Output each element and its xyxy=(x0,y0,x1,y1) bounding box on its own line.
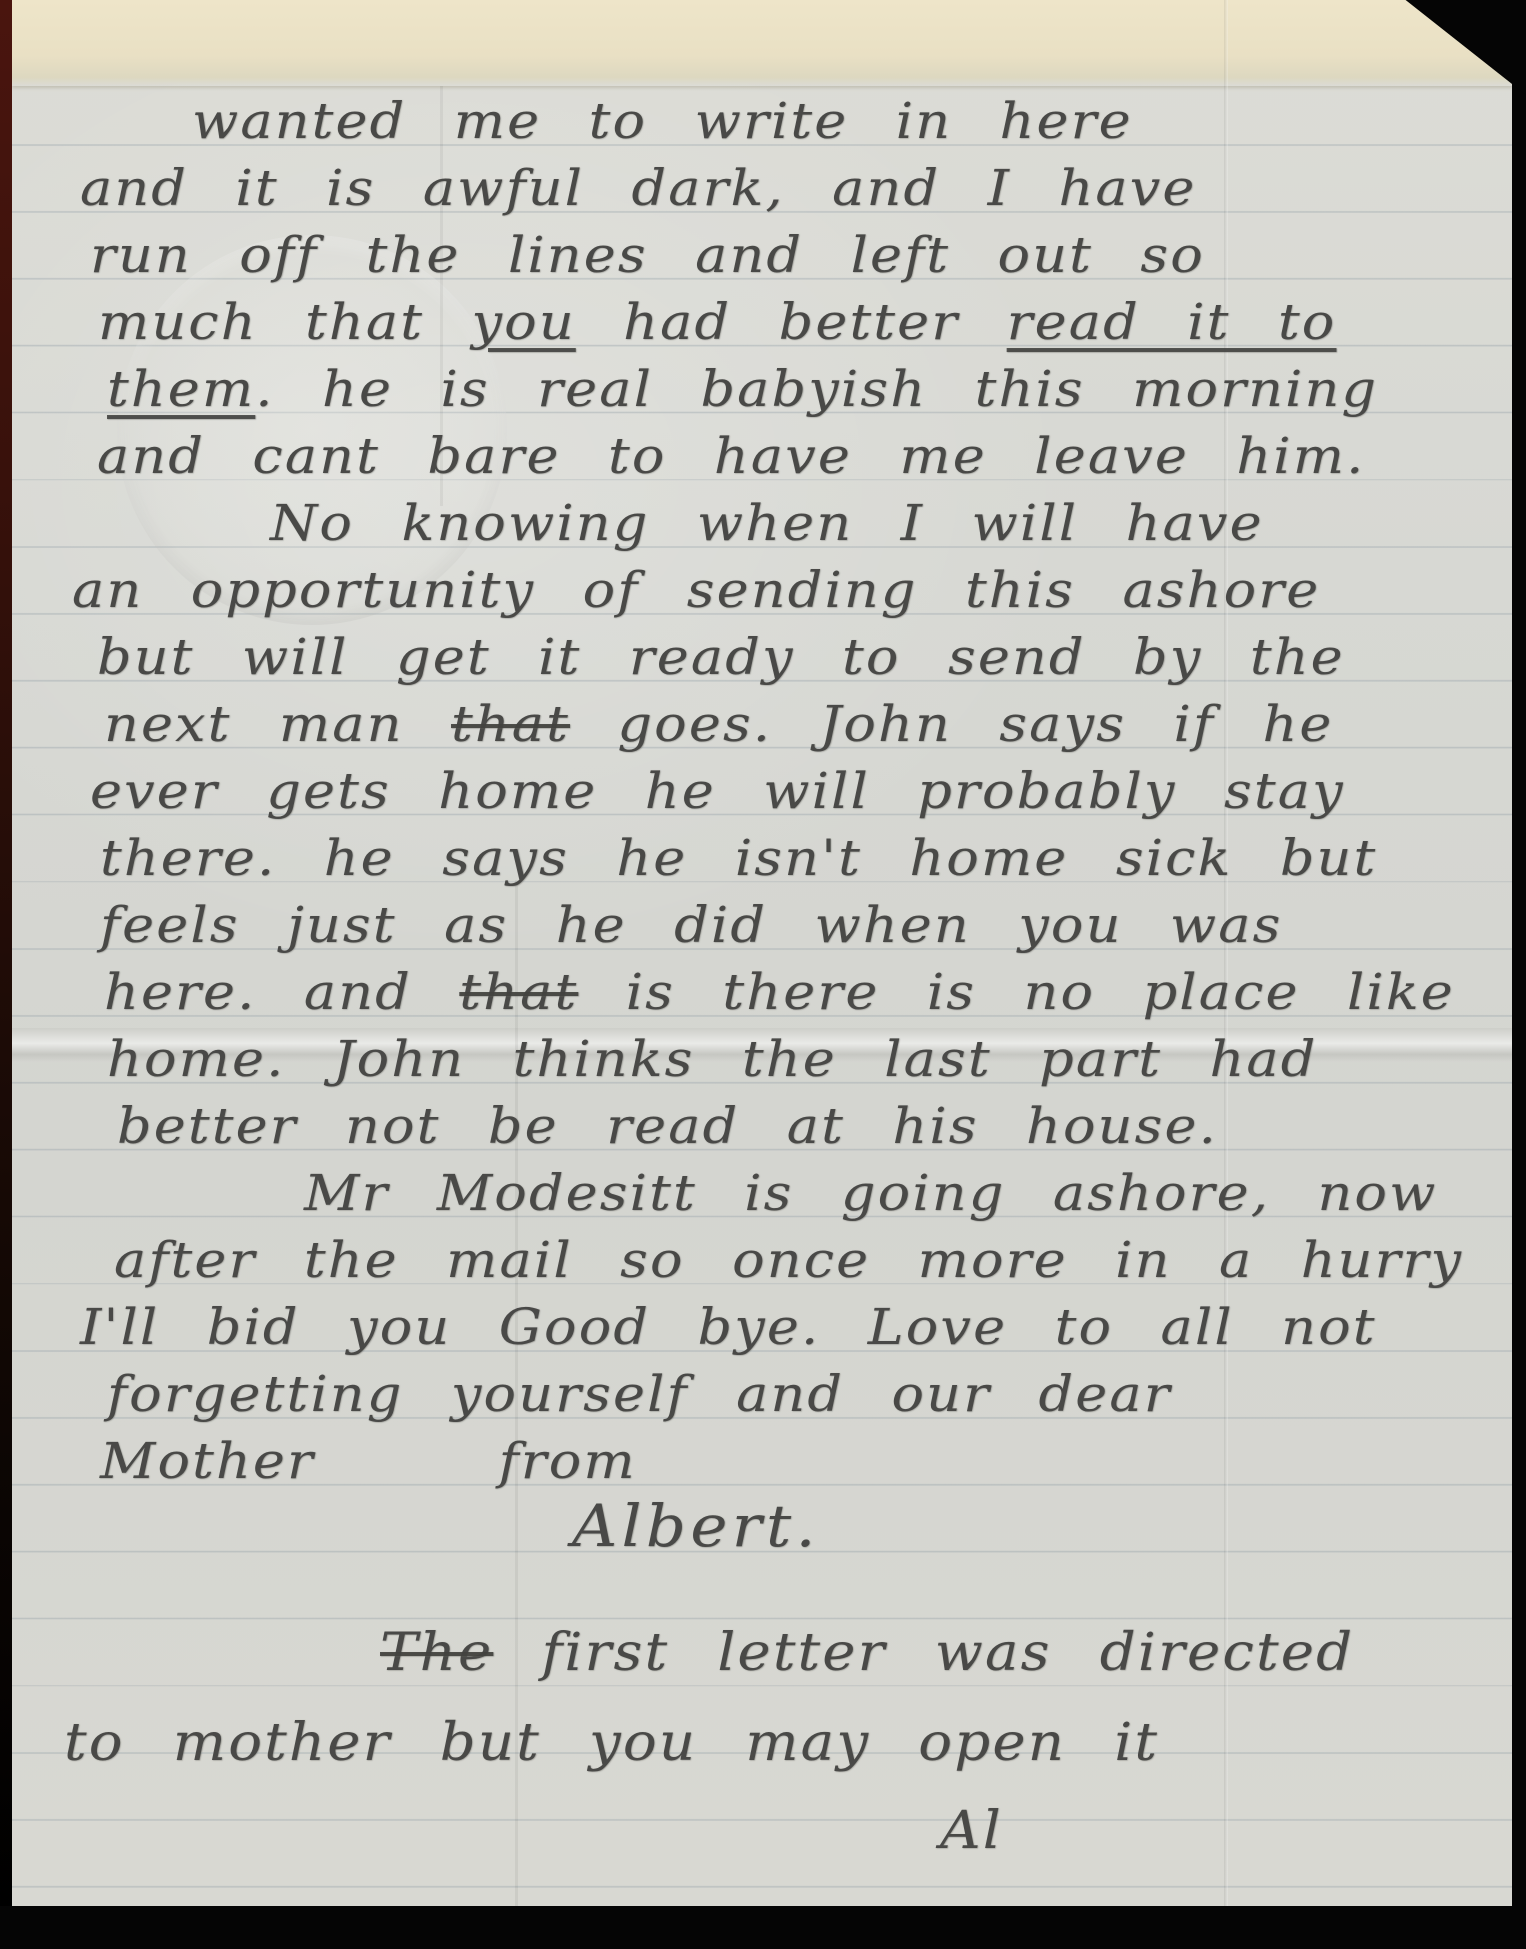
letter-line: and cant bare to have me leave him. xyxy=(97,425,1365,487)
letter-text-segment: run off the lines and left out so xyxy=(90,226,1205,284)
letter-text-segment: I'll bid you Good bye. Love to all not xyxy=(80,1298,1377,1356)
letter-text-segment-underlined: them xyxy=(107,360,255,418)
letter-text-segment: goes. John says if he xyxy=(570,695,1333,753)
letter-line: ever gets home he will probably stay xyxy=(90,760,1345,822)
letter-text-segment: much that xyxy=(98,293,471,351)
letter-text-segment: feels just as he did when you was xyxy=(100,896,1283,954)
postscript-line: The first letter was directed xyxy=(380,1622,1354,1684)
letter-text-segment: ever gets home he will probably stay xyxy=(90,762,1345,820)
letter-text-segment: after the mail so once more in a hurry xyxy=(114,1231,1463,1289)
letter-text-segment: Mr Modesitt is going ashore, now xyxy=(304,1164,1437,1222)
letter-text-segment: to mother but you may open it xyxy=(64,1713,1159,1773)
letter-text-segment: Al xyxy=(940,1801,1003,1861)
letter-text-segment-struck: The xyxy=(380,1623,493,1683)
page-left-edge xyxy=(0,0,12,1906)
letter-line: but will get it ready to send by the xyxy=(97,626,1345,688)
letter-line: No knowing when I will have xyxy=(270,492,1264,554)
letter-text-segment: an opportunity of sending this ashore xyxy=(72,561,1320,619)
letter-text-segment: forgetting yourself and our dear xyxy=(107,1365,1172,1423)
letter-text-segment: No knowing when I will have xyxy=(270,494,1264,552)
letter-text-segment: . he is real babyish this morning xyxy=(255,360,1378,418)
top-discolored-band xyxy=(12,0,1512,86)
letter-text-segment: had better xyxy=(576,293,1007,351)
letter-line: Mr Modesitt is going ashore, now xyxy=(304,1162,1437,1224)
letter-text-segment: next man xyxy=(104,695,451,753)
letter-line: here. and that is there is no place like xyxy=(104,961,1455,1023)
letter-line: them. he is real babyish this morning xyxy=(107,358,1378,420)
letter-line: I'll bid you Good bye. Love to all not xyxy=(80,1296,1377,1358)
signature-text: Albert. xyxy=(572,1492,820,1560)
letter-text-segment: and it is awful dark, and I have xyxy=(80,159,1197,217)
letter-line: much that you had better read it to xyxy=(98,291,1336,353)
letter-text-segment-underlined: read it to xyxy=(1007,293,1337,351)
letter-line: forgetting yourself and our dear xyxy=(107,1363,1172,1425)
letter-line: better not be read at his house. xyxy=(117,1095,1218,1157)
letter-text-segment: home. John thinks the last part had xyxy=(107,1030,1317,1088)
letter-text-segment-struck: that xyxy=(451,695,570,753)
letter-text-segment: there. he says he isn't home sick but xyxy=(100,829,1377,887)
letter-line: home. John thinks the last part had xyxy=(107,1028,1317,1090)
letter-text-segment: here. and xyxy=(104,963,459,1021)
postscript-line: to mother but you may open it xyxy=(64,1712,1159,1774)
letter-line: there. he says he isn't home sick but xyxy=(100,827,1377,889)
letter-text-segment-underlined: you xyxy=(471,293,575,351)
letter-text-segment: from xyxy=(499,1432,637,1490)
letter-text-segment-struck: that xyxy=(459,963,578,1021)
letter-line: an opportunity of sending this ashore xyxy=(72,559,1320,621)
letter-line: wanted me to write in here xyxy=(192,90,1133,152)
letter-line: run off the lines and left out so xyxy=(90,224,1205,286)
letter-text-segment: better not be read at his house. xyxy=(117,1097,1218,1155)
letter-text-segment: is there is no place like xyxy=(578,963,1455,1021)
paper-sheet: wanted me to write in here and it is awf… xyxy=(12,0,1512,1906)
letter-text-segment: wanted me to write in here xyxy=(192,92,1133,150)
letter-line: and it is awful dark, and I have xyxy=(80,157,1197,219)
letter-line: next man that goes. John says if he xyxy=(104,693,1334,755)
postscript-initials: Al xyxy=(940,1800,1003,1862)
letter-text-segment: and cant bare to have me leave him. xyxy=(97,427,1365,485)
letter-line: after the mail so once more in a hurry xyxy=(114,1229,1463,1291)
letter-text-segment: first letter was directed xyxy=(493,1623,1354,1683)
letter-text-segment: but will get it ready to send by the xyxy=(97,628,1345,686)
letter-line: feels just as he did when you was xyxy=(100,894,1283,956)
signature: Albert. xyxy=(572,1495,820,1557)
letter-line: Motherfrom xyxy=(100,1430,637,1492)
letter-text-segment: Mother xyxy=(100,1432,315,1490)
